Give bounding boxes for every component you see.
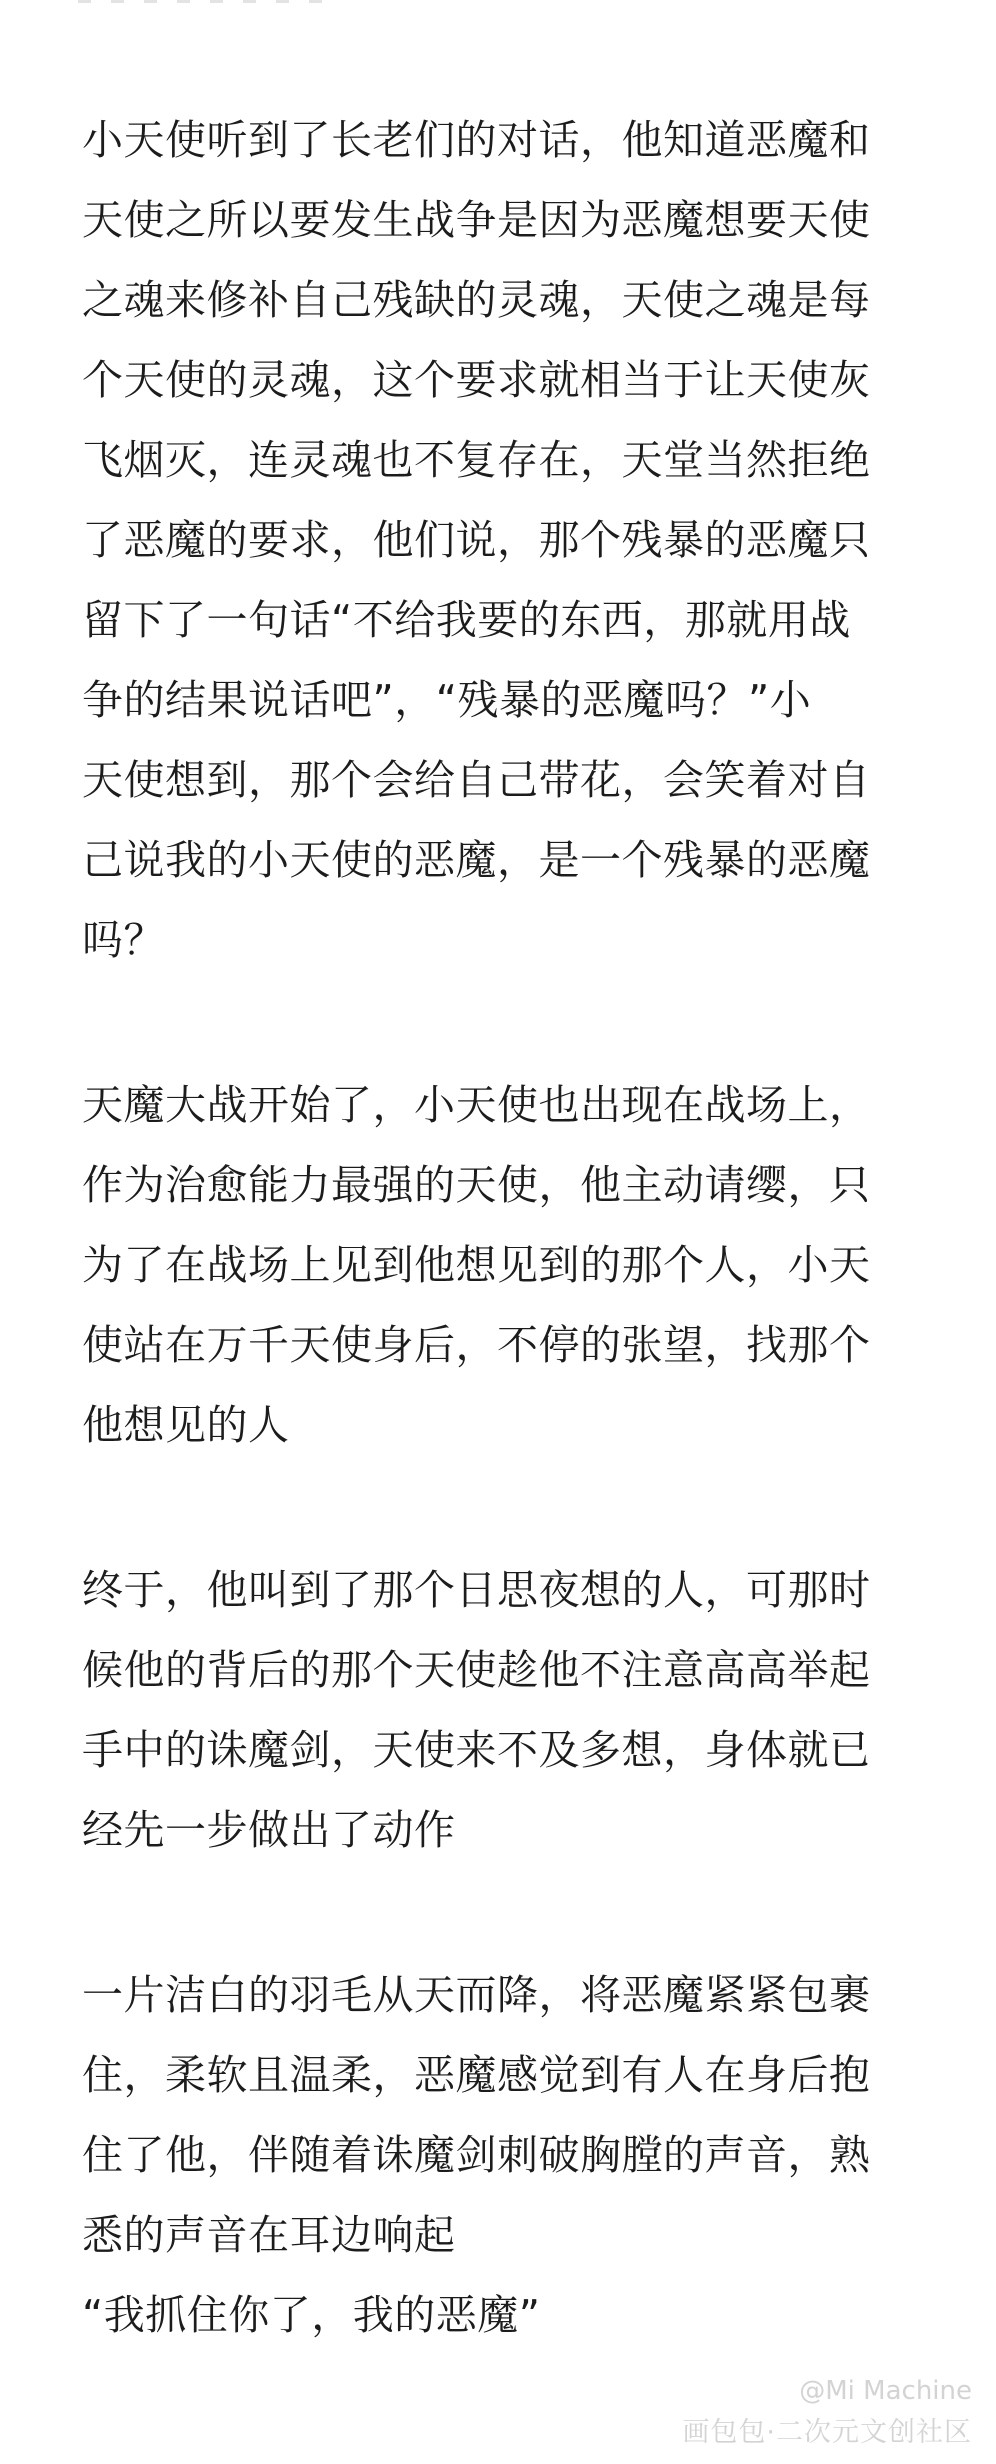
text-line: 争的结果说话吧”，“残暴的恶魔吗？”小	[82, 660, 922, 740]
watermark-author: @Mi Machine	[799, 2376, 972, 2406]
text-line: 悉的声音在耳边响起	[82, 2195, 922, 2275]
story-text: 小天使听到了长老们的对话，他知道恶魔和 天使之所以要发生战争是因为恶魔想要天使 …	[82, 100, 922, 2440]
text-line: 一片洁白的羽毛从天而降，将恶魔紧紧包裹	[82, 1955, 922, 2035]
paragraph: 天魔大战开始了，小天使也出现在战场上， 作为治愈能力最强的天使，他主动请缨，只 …	[82, 1065, 922, 1465]
text-line: 留下了一句话“不给我要的东西，那就用战	[82, 580, 922, 660]
text-line: “我抓住你了，我的恶魔”	[82, 2275, 922, 2355]
text-line: 了恶魔的要求，他们说，那个残暴的恶魔只	[82, 500, 922, 580]
text-line: 使站在万千天使身后，不停的张望，找那个	[82, 1305, 922, 1385]
paragraph: 终于，他叫到了那个日思夜想的人，可那时 候他的背后的那个天使趁他不注意高高举起 …	[82, 1550, 922, 1870]
text-line: 个天使的灵魂，这个要求就相当于让天使灰	[82, 340, 922, 420]
text-line: 吗？	[82, 900, 922, 980]
text-line: 他想见的人	[82, 1385, 922, 1465]
paragraph: 小天使听到了长老们的对话，他知道恶魔和 天使之所以要发生战争是因为恶魔想要天使 …	[82, 100, 922, 980]
text-line: 小天使听到了长老们的对话，他知道恶魔和	[82, 100, 922, 180]
text-line: 住，柔软且温柔，恶魔感觉到有人在身后抱	[82, 2035, 922, 2115]
text-line: 之魂来修补自己残缺的灵魂，天使之魂是每	[82, 260, 922, 340]
text-line: 作为治愈能力最强的天使，他主动请缨，只	[82, 1145, 922, 1225]
text-line: 住了他，伴随着诛魔剑刺破胸膛的声音，熟	[82, 2115, 922, 2195]
text-line: 终于，他叫到了那个日思夜想的人，可那时	[82, 1550, 922, 1630]
text-line: 天使想到，那个会给自己带花，会笑着对自	[82, 740, 922, 820]
text-line: 候他的背后的那个天使趁他不注意高高举起	[82, 1630, 922, 1710]
text-line: 手中的诛魔剑，天使来不及多想，身体就已	[82, 1710, 922, 1790]
paragraph: 一片洁白的羽毛从天而降，将恶魔紧紧包裹 住，柔软且温柔，恶魔感觉到有人在身后抱 …	[82, 1955, 922, 2355]
text-line: 为了在战场上见到他想见到的那个人，小天	[82, 1225, 922, 1305]
text-line: 飞烟灭，连灵魂也不复存在，天堂当然拒绝	[82, 420, 922, 500]
text-line: 天使之所以要发生战争是因为恶魔想要天使	[82, 180, 922, 260]
watermark-community: 画包包·二次元文创社区	[682, 2410, 972, 2449]
clipped-text-remnant	[78, 0, 334, 3]
text-line: 天魔大战开始了，小天使也出现在战场上，	[82, 1065, 922, 1145]
text-line: 经先一步做出了动作	[82, 1790, 922, 1870]
text-line: 己说我的小天使的恶魔，是一个残暴的恶魔	[82, 820, 922, 900]
